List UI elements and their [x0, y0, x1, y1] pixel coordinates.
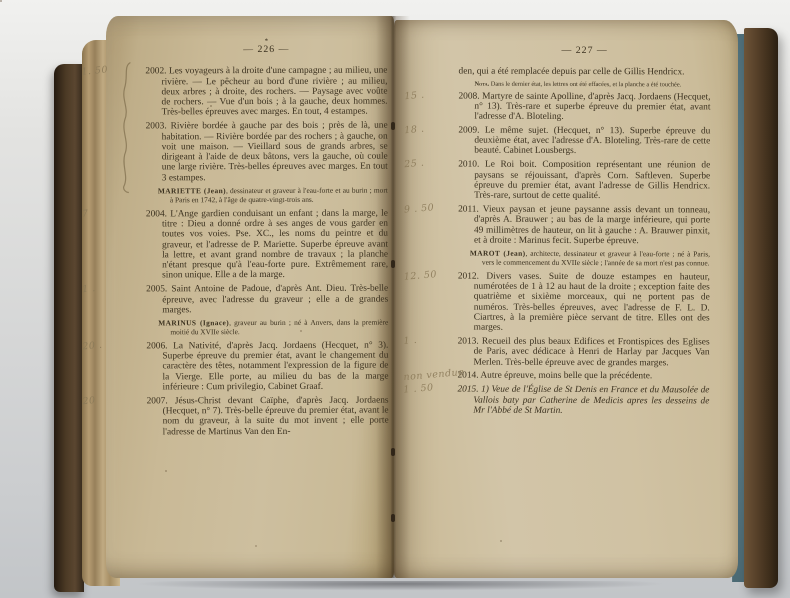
catalog-entry: 2005. Saint Antoine de Padoue, d'après A…: [146, 284, 388, 316]
engraver-name: MARINUS (Ignace): [158, 318, 229, 327]
catalog-entry: 2012. Divers vases. Suite de douze estam…: [458, 271, 710, 334]
section-heading: MARIETTE (Jean), dessinateur et graveur …: [146, 187, 388, 205]
entry-number: 2012.: [458, 271, 487, 281]
handwritten-price: 18 .: [404, 124, 425, 136]
catalog-entry: 2008. Martyre de sainte Apolline, d'aprè…: [458, 91, 710, 123]
left-page-text-column: * — 226 — 2002. Les voyageurs à la droit…: [145, 38, 388, 441]
catalog-entry: 2014. Autre épreuve, moins belle que la …: [457, 371, 709, 382]
right-page-number: — 227 —: [562, 45, 608, 56]
book-shadow: [70, 581, 730, 595]
handwritten-price: 15 .: [404, 90, 425, 102]
entry-number: 2005.: [146, 285, 171, 295]
handwritten-price: 1 .: [403, 336, 417, 347]
binding-stitch: [391, 122, 395, 130]
left-page-header: * — 226 —: [145, 38, 387, 56]
entry-number: 2009.: [458, 125, 485, 135]
handwritten-price: 1 .: [82, 284, 96, 295]
catalog-entry: 2015. 1) Veue de l'Église de St Denis en…: [457, 385, 709, 417]
catalog-entry: 2006. La Nativité, d'après Jacq. Jordaen…: [146, 340, 388, 392]
section-heading: MAROT (Jean), architecte, dessinateur et…: [458, 250, 710, 268]
handwritten-price: 25 .: [404, 159, 425, 171]
right-page-entries: den, qui a été remplacée depuis par cell…: [457, 67, 710, 417]
left-page-entries: 2002. Les voyageurs à la droite d'une ca…: [145, 66, 388, 437]
nota-line: Nota. Dans le dernier état, les lettres …: [459, 81, 711, 89]
book-photo: * — 226 — 2002. Les voyageurs à la droit…: [0, 0, 790, 598]
handwritten-price: 20: [82, 396, 96, 407]
book-cover-right: [744, 28, 778, 588]
catalog-entry: 2007. Jésus-Christ devant Caïphe, d'aprè…: [147, 395, 389, 437]
nota-label: Nota.: [475, 81, 491, 88]
entry-number: 2015.: [457, 385, 481, 395]
catalog-entry: 2004. L'Ange gardien conduisant un enfan…: [146, 208, 388, 281]
book-cover-left: [54, 64, 84, 592]
catalog-entry: 2009. Le même sujet. (Hecquet, n° 13). S…: [458, 125, 710, 157]
handwritten-brace: [119, 61, 133, 195]
entry-number: 2013.: [458, 337, 482, 347]
right-page-text-column: — 227 — den, qui a été remplacée depuis …: [457, 46, 710, 420]
entry-number: 2008.: [458, 91, 482, 101]
entry-number: 2006.: [146, 341, 173, 351]
catalog-entry: 2002. Les voyageurs à la droite d'une ca…: [145, 66, 387, 118]
entry-number: 2004.: [146, 209, 170, 219]
entry-number: 2003.: [146, 122, 171, 132]
entry-number: 2007.: [147, 396, 175, 406]
catalog-entry: 2011. Vieux paysan et jeune paysanne ass…: [458, 205, 710, 247]
dust-specks: [0, 0, 2, 2]
right-page-header: — 227 —: [459, 46, 711, 57]
handwritten-price: 7: [81, 209, 88, 220]
engraver-name: MARIETTE (Jean): [158, 186, 226, 195]
continuation-text: den, qui a été remplacée depuis par cell…: [459, 67, 711, 78]
handwritten-price: 20 .: [82, 340, 103, 352]
left-page-number: — 226 —: [243, 44, 289, 55]
catalog-entry: 2003. Rivière bordée à gauche par des bo…: [146, 121, 388, 184]
binding-stitch: [391, 448, 395, 456]
catalog-entry: 2010. Le Roi boit. Composition représent…: [458, 160, 710, 202]
binding-stitch: [391, 514, 395, 522]
entry-number: 2011.: [458, 205, 483, 215]
entry-number: 2010.: [458, 160, 485, 170]
section-heading: MARINUS (Ignace), graveur au burin ; né …: [146, 319, 388, 337]
entry-number: 2002.: [145, 67, 169, 77]
binding-stitch: [391, 260, 395, 268]
catalog-entry: 2013. Recueil des plus beaux Edifices et…: [458, 337, 710, 369]
engraver-name: MAROT (Jean): [470, 249, 526, 258]
